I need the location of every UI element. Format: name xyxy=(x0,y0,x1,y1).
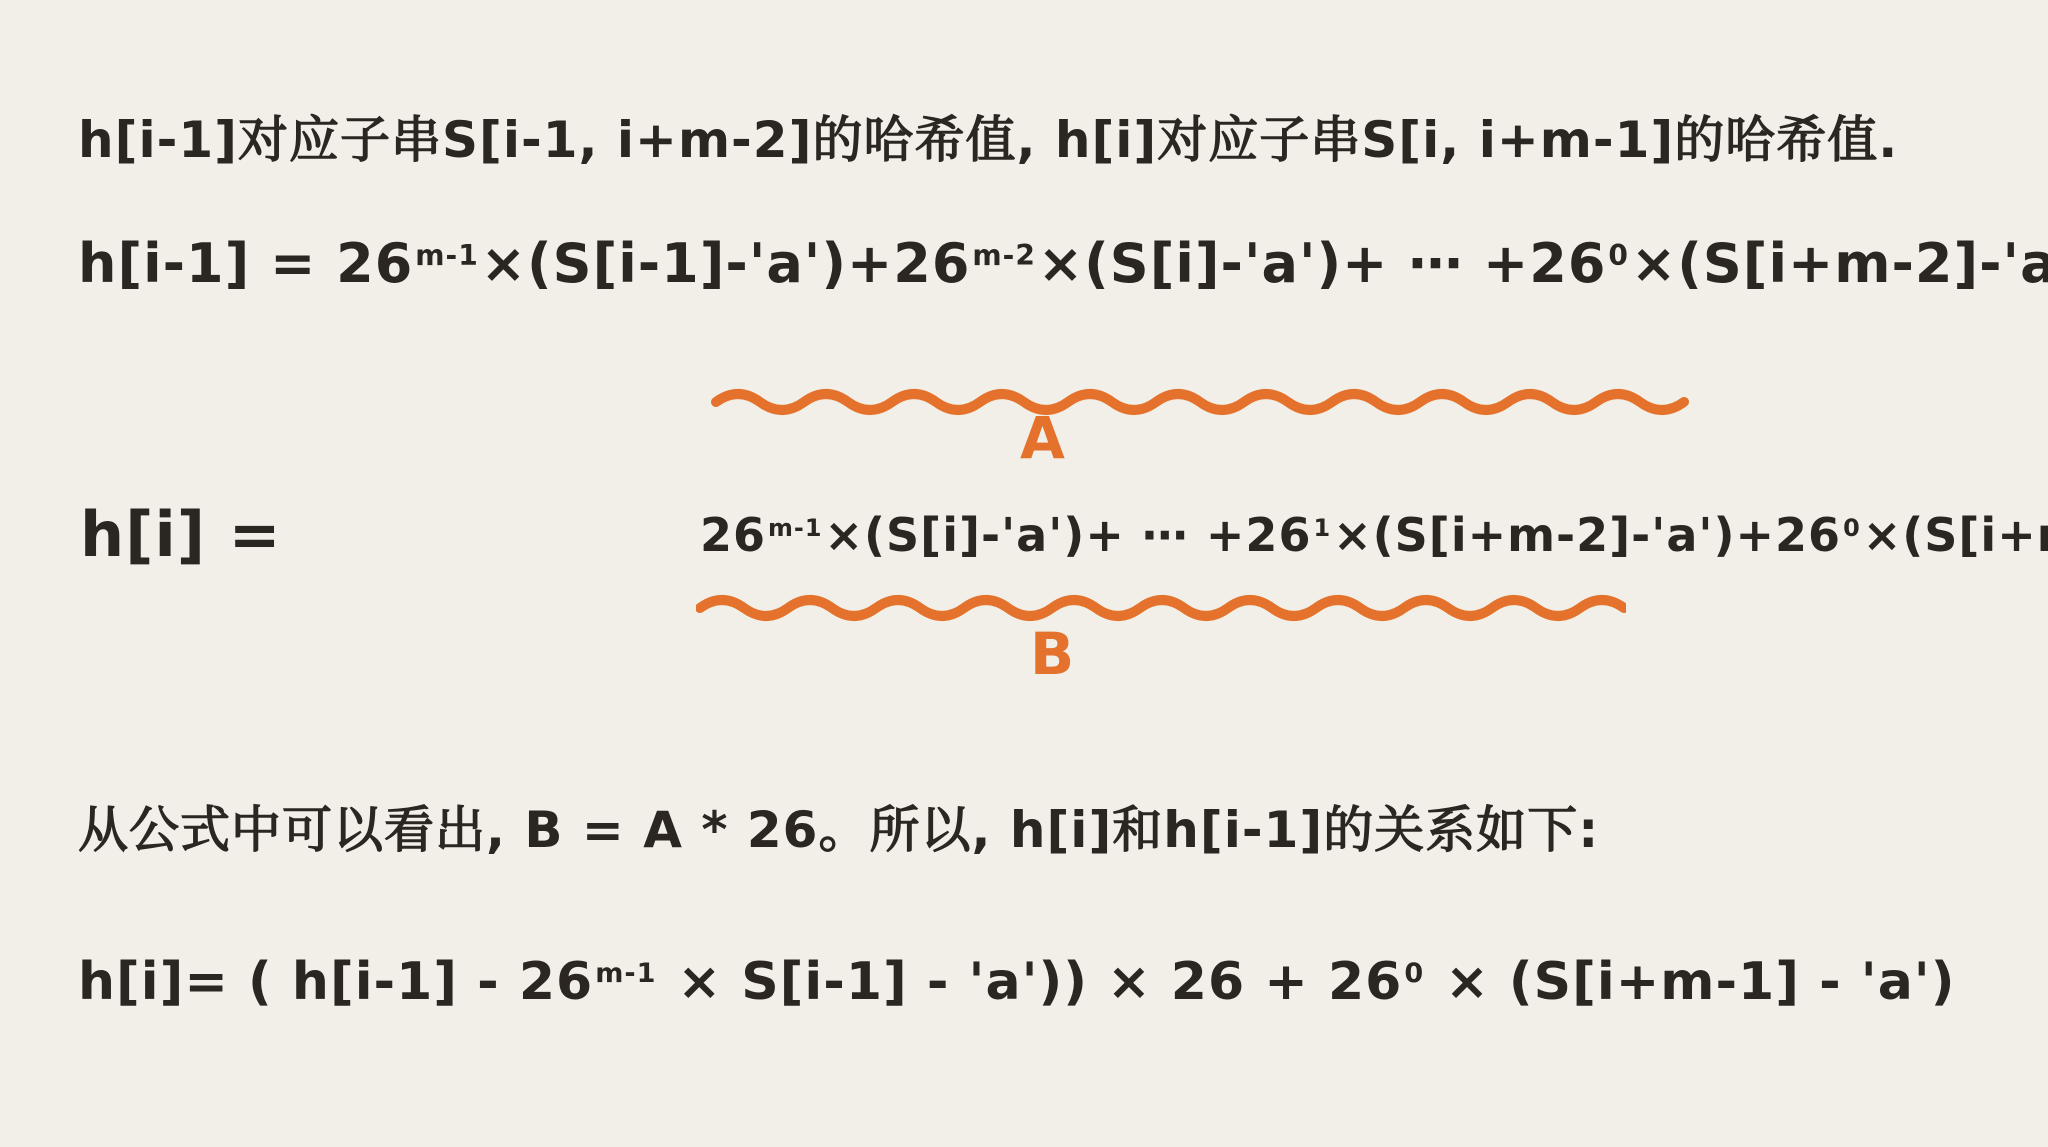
label-a: A xyxy=(1020,404,1065,472)
formula-h-cur-lhs: h[i] = xyxy=(80,498,282,571)
intro-text: h[i-1]对应子串S[i-1, i+m-2]的哈希值, h[i]对应子串S[i… xyxy=(78,100,1898,172)
formula-relation: h[i]= ( h[i-1] - 26m-1 × S[i-1] - 'a')) … xyxy=(78,952,1955,1012)
wavy-underline-b-icon xyxy=(696,586,1626,630)
label-b: B xyxy=(1030,620,1074,688)
handwritten-note-page: h[i-1]对应子串S[i-1, i+m-2]的哈希值, h[i]对应子串S[i… xyxy=(0,0,2048,1147)
formula-h-prev: h[i-1] = 26m-1×(S[i-1]-'a')+26m-2×(S[i]-… xyxy=(78,232,2048,295)
wavy-underline-a-icon xyxy=(710,380,1695,424)
formula-h-cur: 26m-1×(S[i]-'a')+ ⋯ +261×(S[i+m-2]-'a')+… xyxy=(700,508,2048,562)
observation-text: 从公式中可以看出, B = A * 26。所以, h[i]和h[i-1]的关系如… xyxy=(78,790,1599,862)
